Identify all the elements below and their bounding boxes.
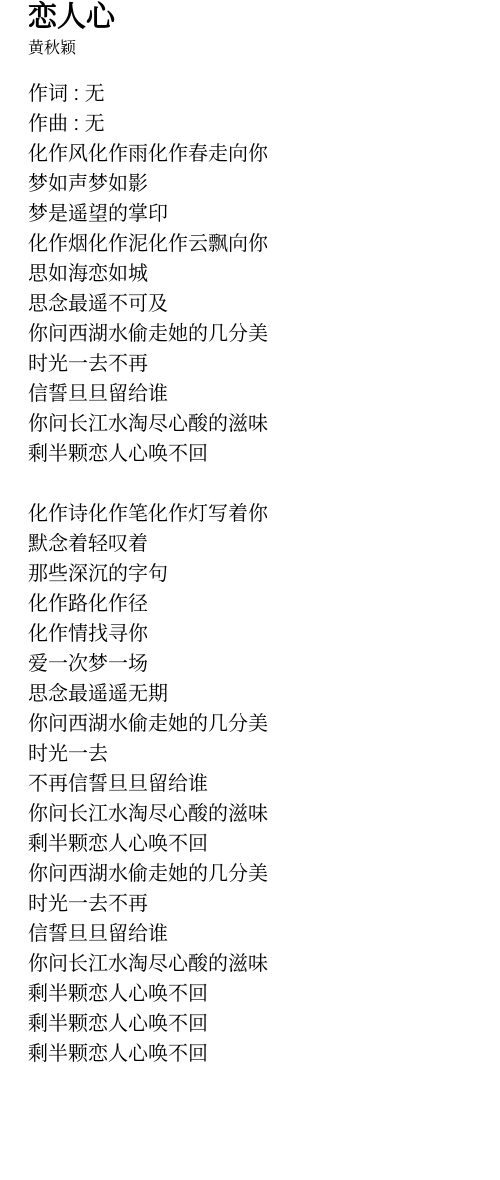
lyric-line: 剩半颗恋人心唤不回 [28, 1009, 484, 1039]
lyric-stanza: 化作风化作雨化作春走向你梦如声梦如影梦是遥望的掌印化作烟化作泥化作云飘向你思如海… [28, 139, 484, 469]
lyric-line: 爱一次梦一场 [28, 649, 484, 679]
lyric-line: 你问长江水淘尽心酸的滋味 [28, 409, 484, 439]
lyric-line: 你问西湖水偷走她的几分美 [28, 319, 484, 349]
lyric-line: 化作路化作径 [28, 589, 484, 619]
lyric-line: 梦如声梦如影 [28, 169, 484, 199]
lyric-line: 你问西湖水偷走她的几分美 [28, 859, 484, 889]
lyric-line: 不再信誓旦旦留给谁 [28, 769, 484, 799]
lyricist-line: 作词 : 无 [28, 79, 484, 109]
lyric-line: 你问长江水淘尽心酸的滋味 [28, 949, 484, 979]
lyric-line: 时光一去不再 [28, 349, 484, 379]
lyrics-page: 恋人心 黄秋颖 作词 : 无 作曲 : 无 化作风化作雨化作春走向你梦如声梦如影… [0, 0, 500, 1069]
lyric-line: 思念最遥不可及 [28, 289, 484, 319]
lyric-line: 剩半颗恋人心唤不回 [28, 439, 484, 469]
lyric-line: 化作风化作雨化作春走向你 [28, 139, 484, 169]
song-title: 恋人心 [28, 0, 484, 35]
lyric-line: 你问西湖水偷走她的几分美 [28, 709, 484, 739]
artist-name: 黄秋颖 [28, 38, 484, 60]
lyric-stanza: 化作诗化作笔化作灯写着你默念着轻叹着那些深沉的字句化作路化作径化作情找寻你爱一次… [28, 499, 484, 1069]
lyric-line: 思念最遥遥无期 [28, 679, 484, 709]
lyric-line: 思如海恋如城 [28, 259, 484, 289]
lyric-line: 时光一去 [28, 739, 484, 769]
lyric-line: 你问长江水淘尽心酸的滋味 [28, 799, 484, 829]
lyrics-block: 作词 : 无 作曲 : 无 化作风化作雨化作春走向你梦如声梦如影梦是遥望的掌印化… [28, 79, 484, 1069]
lyric-line: 信誓旦旦留给谁 [28, 379, 484, 409]
lyric-line: 化作烟化作泥化作云飘向你 [28, 229, 484, 259]
lyric-line: 那些深沉的字句 [28, 559, 484, 589]
lyric-line: 化作情找寻你 [28, 619, 484, 649]
lyric-line: 化作诗化作笔化作灯写着你 [28, 499, 484, 529]
lyrics-stanzas: 化作风化作雨化作春走向你梦如声梦如影梦是遥望的掌印化作烟化作泥化作云飘向你思如海… [28, 139, 484, 1069]
lyric-line: 剩半颗恋人心唤不回 [28, 829, 484, 859]
lyric-line: 默念着轻叹着 [28, 529, 484, 559]
lyric-line: 剩半颗恋人心唤不回 [28, 979, 484, 1009]
lyric-line: 剩半颗恋人心唤不回 [28, 1039, 484, 1069]
lyric-line: 梦是遥望的掌印 [28, 199, 484, 229]
lyric-line: 信誓旦旦留给谁 [28, 919, 484, 949]
lyric-line: 时光一去不再 [28, 889, 484, 919]
composer-line: 作曲 : 无 [28, 109, 484, 139]
